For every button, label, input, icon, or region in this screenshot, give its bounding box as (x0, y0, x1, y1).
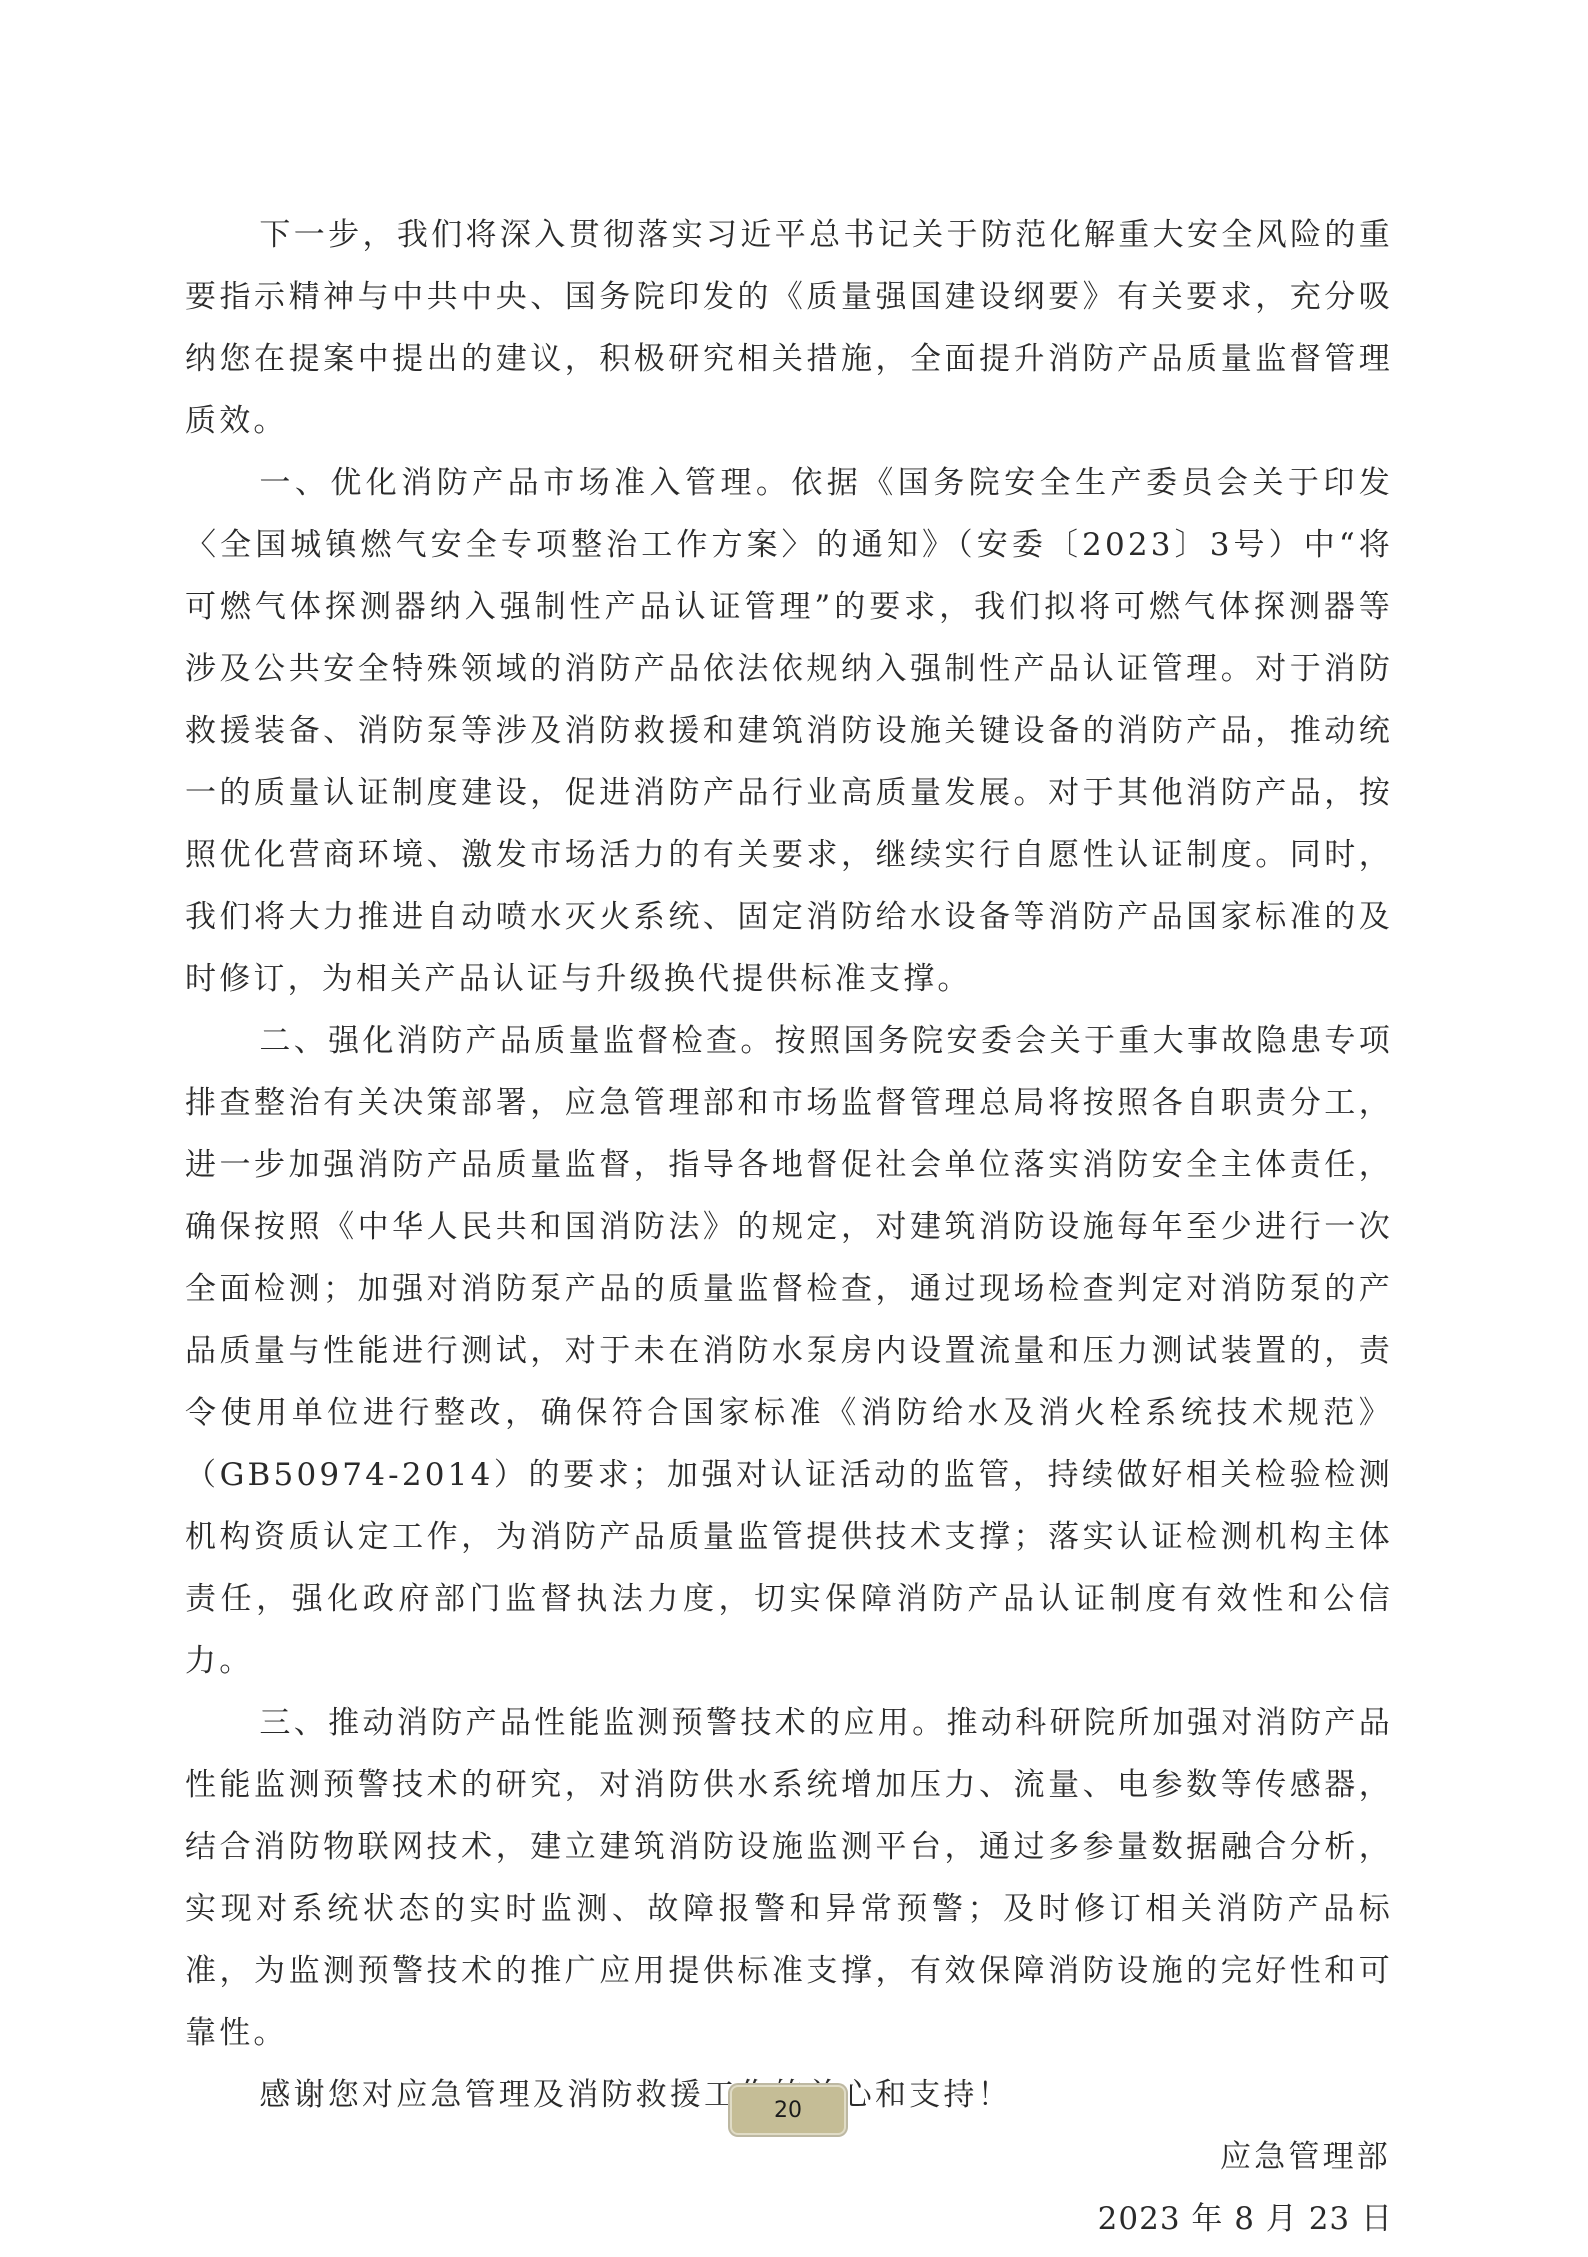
signature-date: 2023 年 8 月 23 日 (185, 2188, 1393, 2250)
paragraph-section-1: 一、优化消防产品市场准入管理。依据《国务院安全生产委员会关于印发〈全国城镇燃气安… (185, 452, 1393, 1010)
signature: 应急管理部 (185, 2126, 1393, 2188)
paragraph-section-2: 二、强化消防产品质量监督检查。按照国务院安委会关于重大事故隐患专项排查整治有关决… (185, 1010, 1393, 1692)
page-number: 20 (774, 2098, 802, 2123)
paragraph-section-3: 三、推动消防产品性能监测预警技术的应用。推动科研院所加强对消防产品性能监测预警技… (185, 1692, 1393, 2064)
paragraph-intro: 下一步，我们将深入贯彻落实习近平总书记关于防范化解重大安全风险的重要指示精神与中… (185, 204, 1393, 452)
page-number-badge: 20 (730, 2085, 846, 2135)
document-body: 下一步，我们将深入贯彻落实习近平总书记关于防范化解重大安全风险的重要指示精神与中… (185, 204, 1393, 2250)
